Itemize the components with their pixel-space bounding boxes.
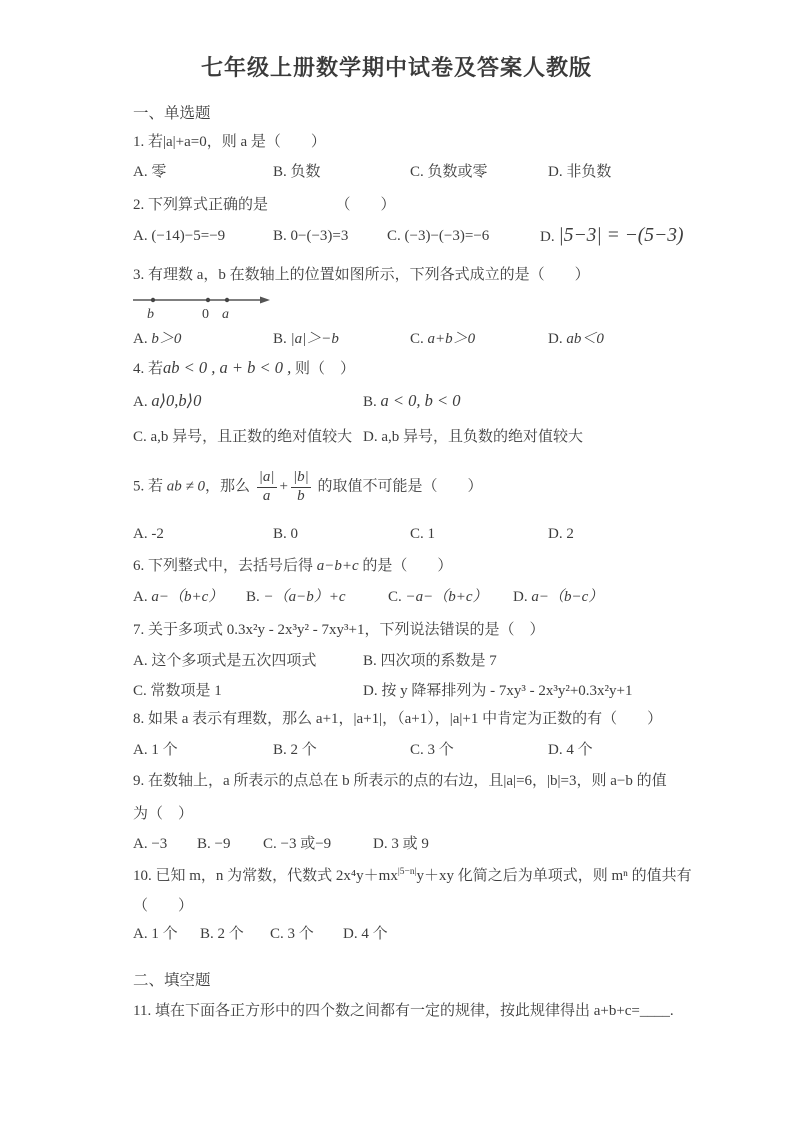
q8-stem: 8. 如果 a 表示有理数，那么 a+1，|a+1|，（a+1），|a|+1 中… [133, 709, 662, 729]
q2-options: A. (−14)−5=−9 B. 0−(−3)=3 C. (−3)−(−3)=−… [133, 226, 793, 248]
number-line-label-zero: 0 [202, 305, 209, 325]
q7-option-c: C. 常数项是 1 [133, 681, 222, 701]
q7-option-a: A. 这个多项式是五次四项式 [133, 651, 316, 671]
q2-stem: 2. 下列算式正确的是 （ ） [133, 195, 396, 215]
q1-option-d: D. 非负数 [548, 162, 611, 182]
exponent: |5−n| [398, 867, 417, 877]
q10-options: A. 1 个 B. 2 个 C. 3 个 D. 4 个 [133, 924, 793, 946]
q4-option-a: A. a⟩0,b⟩0 [133, 391, 201, 412]
q5-option-c: C. 1 [410, 524, 435, 544]
q10-option-c: C. 3 个 [270, 924, 314, 944]
point-a-dot [225, 298, 229, 302]
q9-option-b: B. −9 [197, 834, 230, 854]
q3-option-b: B. |a|＞−b [273, 329, 339, 349]
q8-option-b: B. 2 个 [273, 740, 317, 760]
number-line-label-a: a [222, 305, 229, 325]
arrow-right-icon [260, 297, 270, 304]
q5-stem: 5. 若 ab ≠ 0，那么 |a|a+|b|b 的取值不可能是（ ） [133, 470, 483, 505]
q10-option-a: A. 1 个 [133, 924, 178, 944]
q2-option-c: C. (−3)−(−3)=−6 [387, 226, 489, 246]
q8-option-d: D. 4 个 [548, 740, 593, 760]
q4-options-row2: C. a,b 异号，且正数的绝对值较大 D. a,b 异号，且负数的绝对值较大 [133, 427, 793, 449]
q2-option-a: A. (−14)−5=−9 [133, 226, 225, 246]
q9-option-a: A. −3 [133, 834, 167, 854]
q1-option-a: A. 零 [133, 162, 166, 182]
fraction-abs-a-over-a: |a|a [257, 470, 277, 505]
point-b-dot [151, 298, 155, 302]
q3-option-c: C. a+b＞0 [410, 329, 475, 349]
q3-option-a: A. b＞0 [133, 329, 181, 349]
section-heading-2: 二、填空题 [133, 971, 211, 991]
q5-option-a: A. -2 [133, 524, 164, 544]
q6-option-a: A. a−（b+c） [133, 587, 223, 607]
q9-stem-line1: 9. 在数轴上，a 所表示的点总在 b 所表示的点的右边，且|a|=6，|b|=… [133, 771, 667, 791]
q4-option-b: B. a < 0, b < 0 [363, 391, 461, 412]
q4-options-row1: A. a⟩0,b⟩0 B. a < 0, b < 0 [133, 391, 793, 413]
exam-page: 七年级上册数学期中试卷及答案人教版 一、单选题 1. 若|a|+a=0，则 a … [0, 0, 793, 1122]
q7-option-b: B. 四次项的系数是 7 [363, 651, 497, 671]
q4-option-c: C. a,b 异号，且正数的绝对值较大 [133, 427, 352, 447]
q4-stem: 4. 若ab < 0 , a + b < 0 , 则（ ） [133, 358, 355, 379]
q2-option-b: B. 0−(−3)=3 [273, 226, 348, 246]
q10-option-d: D. 4 个 [343, 924, 388, 944]
q7-options-row2: C. 常数项是 1 D. 按 y 降幂排列为 - 7xy³ - 2x³y²+0.… [133, 681, 793, 703]
page-title: 七年级上册数学期中试卷及答案人教版 [0, 58, 793, 78]
q8-option-a: A. 1 个 [133, 740, 178, 760]
q10-option-b: B. 2 个 [200, 924, 244, 944]
q3-options: A. b＞0 B. |a|＞−b C. a+b＞0 D. ab＜0 [133, 329, 793, 351]
q8-option-c: C. 3 个 [410, 740, 454, 760]
q9-option-d: D. 3 或 9 [373, 834, 429, 854]
q9-option-c: C. −3 或−9 [263, 834, 331, 854]
q1-option-b: B. 负数 [273, 162, 321, 182]
q6-stem: 6. 下列整式中，去括号后得 a−b+c 的是（ ） [133, 556, 452, 576]
q1-stem: 1. 若|a|+a=0，则 a 是（ ） [133, 132, 326, 152]
q6-option-d: D. a−（b−c） [513, 587, 603, 607]
q7-options-row1: A. 这个多项式是五次四项式 B. 四次项的系数是 7 [133, 651, 793, 673]
q7-option-d: D. 按 y 降幂排列为 - 7xy³ - 2x³y²+0.3x²y+1 [363, 681, 632, 701]
q6-option-c: C. −a−（b+c） [388, 587, 488, 607]
q5-options: A. -2 B. 0 C. 1 D. 2 [133, 524, 793, 546]
q7-stem: 7. 关于多项式 0.3x²y - 2x³y² - 7xy³+1，下列说法错误的… [133, 620, 544, 640]
q6-option-b: B. −（a−b）+c [246, 587, 346, 607]
q8-options: A. 1 个 B. 2 个 C. 3 个 D. 4 个 [133, 740, 793, 762]
q3-stem: 3. 有理数 a，b 在数轴上的位置如图所示，下列各式成立的是（ ） [133, 265, 590, 285]
q9-options: A. −3 B. −9 C. −3 或−9 D. 3 或 9 [133, 834, 793, 856]
q2-option-d: D. |5−3| = −(5−3) [540, 226, 683, 247]
q4-option-d: D. a,b 异号，且负数的绝对值较大 [363, 427, 583, 447]
number-line-label-b: b [147, 305, 154, 325]
q10-stem-line2: （ ） [133, 896, 193, 916]
q1-option-c: C. 负数或零 [410, 162, 488, 182]
point-zero-dot [206, 298, 210, 302]
section-heading-1: 一、单选题 [133, 104, 211, 124]
q3-option-d: D. ab＜0 [548, 329, 604, 349]
q6-options: A. a−（b+c） B. −（a−b）+c C. −a−（b+c） D. a−… [133, 587, 793, 609]
q9-stem-line2: 为（ ） [133, 804, 193, 824]
q5-option-d: D. 2 [548, 524, 574, 544]
q5-option-b: B. 0 [273, 524, 298, 544]
fraction-abs-b-over-b: |b|b [291, 470, 311, 505]
q10-stem-line1: 10. 已知 m，n 为常数，代数式 2x⁴y＋mx|5−n|y＋xy 化简之后… [133, 862, 692, 886]
q11-stem: 11. 填在下面各正方形中的四个数之间都有一定的规律，按此规律得出 a+b+c=… [133, 1001, 674, 1021]
q1-options: A. 零 B. 负数 C. 负数或零 D. 非负数 [133, 162, 793, 184]
